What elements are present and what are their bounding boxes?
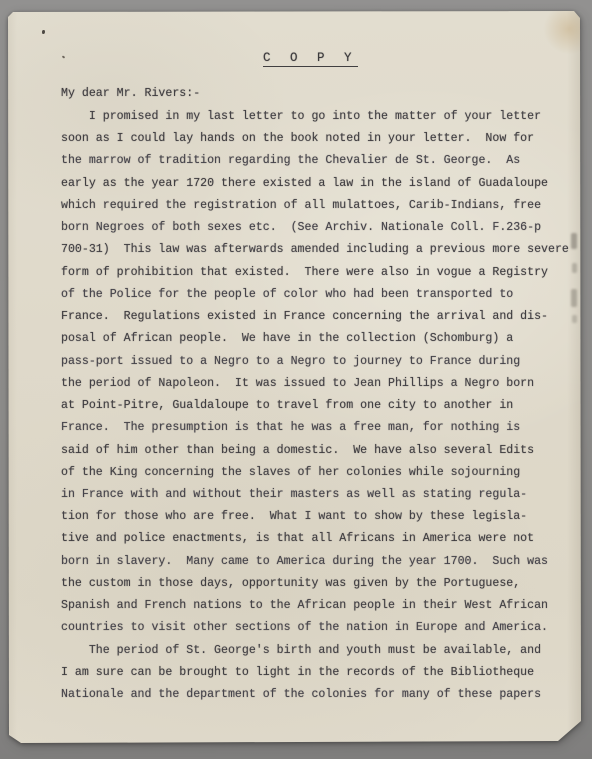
letter-line: The period of St. George's birth and you… xyxy=(61,640,575,662)
letter-line: in France with and without their masters… xyxy=(61,484,575,506)
letter-line: 700-31) This law was afterwards amended … xyxy=(61,239,575,261)
letter-line: France. Regulations existed in France co… xyxy=(61,306,575,328)
letter-line: tive and police enactments, is that all … xyxy=(61,528,575,550)
letter-line: Spanish and French nations to the Africa… xyxy=(61,595,575,617)
letter-line: tion for those who are free. What I want… xyxy=(61,506,575,528)
letter-line: said of him other than being a domestic.… xyxy=(61,440,575,462)
salutation: My dear Mr. Rivers:- xyxy=(61,83,200,105)
letter-body: I promised in my last letter to go into … xyxy=(61,106,575,706)
letter-line: Nationale and the department of the colo… xyxy=(61,684,575,706)
letter-line: of the Police for the people of color wh… xyxy=(61,284,575,306)
letter-line: I promised in my last letter to go into … xyxy=(61,106,575,128)
letter-line: early as the year 1720 there existed a l… xyxy=(61,173,575,195)
letter-line: the custom in those days, opportunity wa… xyxy=(61,573,575,595)
letter-line: of the King concerning the slaves of her… xyxy=(61,462,575,484)
letter-page: C O P Y My dear Mr. Rivers:- I promised … xyxy=(7,11,581,743)
letter-line: born in slavery. Many came to America du… xyxy=(61,551,575,573)
letter-line: pass-port issued to a Negro to a Negro t… xyxy=(61,351,575,373)
letter-page-shadow: C O P Y My dear Mr. Rivers:- I promised … xyxy=(7,11,581,743)
letter-line: posal of African people. We have in the … xyxy=(61,328,575,350)
letter-line: France. The presumption is that he was a… xyxy=(61,417,575,439)
letter-line: which required the registration of all m… xyxy=(61,195,575,217)
paper-speck xyxy=(62,55,66,58)
letter-line: at Point-Pitre, Gualdaloupe to travel fr… xyxy=(61,395,575,417)
letter-line: countries to visit other sections of the… xyxy=(61,617,575,639)
letter-line: the period of Napoleon. It was issued to… xyxy=(61,373,575,395)
letter-line: soon as I could lay hands on the book no… xyxy=(61,128,575,150)
letter-line: form of prohibition that existed. There … xyxy=(61,262,575,284)
letter-line: born Negroes of both sexes etc. (See Arc… xyxy=(61,217,575,239)
letter-line: the marrow of tradition regarding the Ch… xyxy=(61,150,575,172)
scanned-letter-background: C O P Y My dear Mr. Rivers:- I promised … xyxy=(0,0,592,759)
letter-line: I am sure can be brought to light in the… xyxy=(61,662,575,684)
paper-speck xyxy=(42,30,45,34)
copy-heading: C O P Y xyxy=(263,51,358,67)
